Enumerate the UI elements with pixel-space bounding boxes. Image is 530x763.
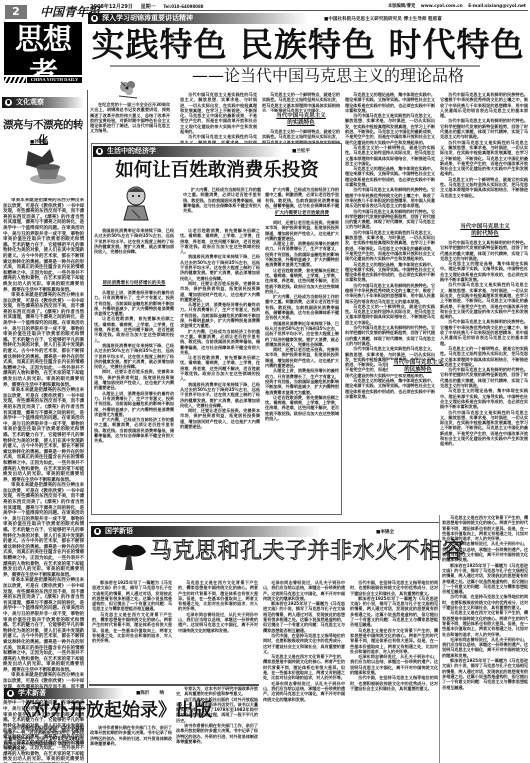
left-author: ■孙绍振 [30,139,48,145]
guoxue-top-rule [89,522,439,523]
guoxue-body-col5: 马克思主义是在西方文化背景下产生的，儒家思想是中国传统文化的核心。两者产生的时代… [442,515,528,763]
economics-body-col1: 让老百姓敢消费，首先要解决后顾之忧。看病难、看病贵，上学难、上学贵，住房难，养老… [180,228,260,512]
lead-subhead-2: 当代中国马克思主义 的民族特色 [388,360,448,374]
caricature-illustration [118,184,154,222]
book-author-suffix: 响 [160,691,165,696]
guoxue-body-col4: 当代中国，在坚持马克思主义指导地位的同时，也要积极吸收传统文化中的优秀成分，这对… [350,580,438,763]
guoxue-title: 马克思和孔夫子并非水火不相容 [150,539,465,565]
banner-label: 学术新著 [18,689,46,697]
date-line: 2008年12月29日 星期一 Tel:010-64098088 [90,3,204,10]
economics-body-col2-intro: 扩大内需，已经成为当前经济工作的重中之重。刺激消费，必须让老百姓手里有钱、敢花钱… [265,187,339,209]
economics-body-col0: 我国居民消费率近年来持续下降，已经从过去的50%左右下降到35%左右，远低于世界… [94,228,174,276]
book-body-col1: 由江西高校出版社出版的《对外开放起始录》一书，近日由新华书店发行。该书以大量翔实… [4,725,84,763]
economics-title: 如何让百姓敢消费乐投资 [93,160,341,182]
stripes-decoration [4,77,26,83]
top-rule [88,10,528,11]
section-marker-icon [5,99,12,106]
book-banner: 学术新著 [4,688,124,699]
economics-body-col0b: 从理论上讲，消费是经济增长的最终动力。只有消费增长了，生产才有意义，投资才有回报… [94,290,174,512]
editors: 本版编辑/曹竞 [388,4,415,9]
website: www.cyol.com.cn [421,4,463,9]
lead-body-col2: 马克思主义的一个鲜明特点，就是它的实践性。马克思主义始终坚持从实际出发，把马克思… [262,92,340,112]
lead-body-col1: 当代中国马克思主义是实践性的马克思主义，解放思想、实事求是、与时俱进，一切从实际… [180,92,257,144]
economics-body-col1-intro: 扩大内需，已经成为当前经济工作的重中之重。刺激消费，必须让老百姓手里有钱、敢花钱… [183,187,261,227]
lead-subhead-3: 当代中国马克思主义 的时代特色 [445,224,525,238]
lead-subtitle: ——论当代中国马克思主义的理论品格 [192,67,464,85]
lead-body-col4b: 当代中国马克思主义具有鲜明的时代特色。它科学把握时代发展的新特征新趋势，回答了时… [440,240,528,512]
lead-intro: 在纪念党的十一届三中全会召开30周年大会上，胡锦涛总书记发表重要讲话，深刻阐述了… [90,102,170,142]
book-author: ■陈沂响 [136,690,164,696]
lead-subhead-1: 当代中国马克思主义 的实践特色 [262,113,340,127]
book-body-col2: 该书作者曾长期在有关部门工作，亲历了改革开放初期的许多重大决策。书中记录了经济特… [90,725,172,763]
coffee-cup-illustration [20,147,68,187]
left-column-rule [87,90,88,763]
section-marker-icon [96,148,103,155]
book-body-col3: 专家认为，这本书对于研究中国改革开放史，具有重要的史料价值和参考意义。由江西高校… [176,686,258,763]
lead-body-col2b: 马克思主义的一个鲜明特点，就是它的实践性。马克思主义始终坚持从实际出发，把马克思… [262,129,340,144]
banner-label: 文化观察 [16,98,44,106]
banner-label: 深入学习胡锦涛重要讲话精神 [102,14,193,22]
page-number: 2 [5,5,27,19]
email: E-mail:sixiang@cyol.net [468,4,526,9]
economics-author: ■兰松平 [292,148,310,154]
editor-line: 本版编辑/曹竞 www.cyol.com.cn E-mail:sixiang@c… [388,3,526,9]
economics-banner: 生活中的经济学 [93,146,283,157]
left-body: 审美本来就是把漂亮的东西分辨出来加以欣赏，可是在《教你欣赏》一书中却发现，有些漂… [3,198,84,763]
lead-title: 实践特色 民族特色 时代特色 [88,27,528,63]
guoxue-author: ■李锦全 [376,529,394,535]
book-author-name: ■陈沂 [136,691,150,696]
economics-body-col2: 同时，还要让老百姓乐投资。完善资本市场，保护投资者利益，拓宽居民投资渠道，增加居… [265,220,339,512]
telephone: Tel:010-64098088 [163,4,203,9]
guoxue-body-col2: 马克思主义是在西方文化背景下产生的，儒家思想是中国传统文化的核心。两者产生的时代… [178,580,258,680]
economics-subhead-1: 扩大内需要让老百姓敢消费 [265,210,339,217]
left-section-banner: 文化观察 [2,97,84,108]
section-marker-icon [91,15,98,22]
guoxue-body-col1: 郭沫若在1925年写了一篇题为《马克思进文庙》的小说，描写了马克思与孔子在文庙相… [92,580,172,680]
guoxue-right-rule [439,515,440,763]
flower-illustration [115,78,143,100]
guoxue-body-col3: 毛泽东同志曾经说过，从孔夫子到孙中山，我们应当给以总结，承继这一份珍贵的遗产。这… [263,580,345,763]
section-marker-icon [94,528,101,535]
section-logo-block: 思想者 THINKERS [4,22,82,75]
banner-label: 国学新语 [105,527,133,535]
lead-author: ■中国社科院马克思主义研究院研究员 博士生导师 程恩富 [324,16,442,22]
lead-body-col4: 当代中国马克思主义具有鲜明的民族特色。它植根于中华民族优秀传统文化的土壤之中，吸… [440,92,528,232]
lead-body-col3: 马克思主义的理论品格，集中体现在实践中。理论来源于实践，又指导实践。中国特色社会… [345,92,435,572]
guoxue-banner: 国学新语 [91,526,321,537]
economics-subhead-2: 居民消费增长与经济增长的关系 [94,280,174,287]
section-marker-icon [7,690,14,697]
lead-banner: 深入学习胡锦涛重要讲话精神 [88,13,308,24]
banner-label: 生活中的经济学 [107,147,156,155]
paper-name-en: CHINA YOUTH DAILY [27,77,82,83]
tree-illustration [110,540,148,572]
